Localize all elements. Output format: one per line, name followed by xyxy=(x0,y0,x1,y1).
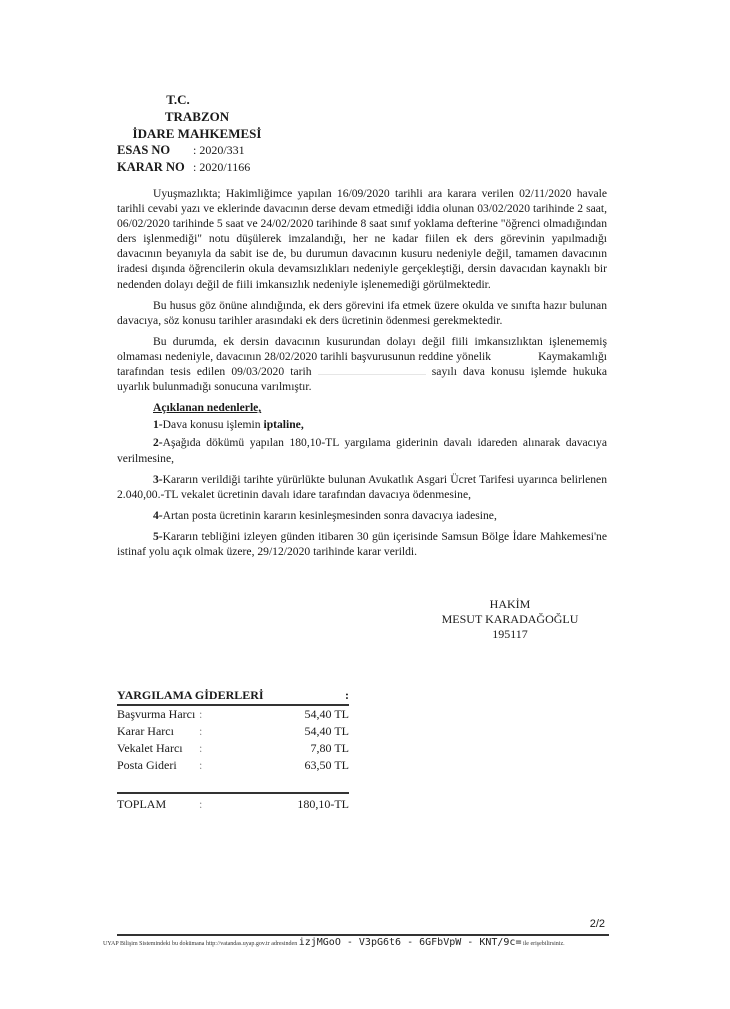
header-court: İDARE MAHKEMESİ xyxy=(97,126,297,142)
cost-row: Başvurma Harcı:54,40 TL xyxy=(117,706,349,723)
verification-code: izjMGoO - V3pG6t6 - 6GFbVpW - KNT/9c= xyxy=(299,937,522,948)
redacted-number xyxy=(318,364,426,375)
signature-name: MESUT KARADAĞOĞLU xyxy=(410,612,610,627)
karar-value: : 2020/1166 xyxy=(193,160,250,174)
cost-row: Vekalet Harcı:7,80 TL xyxy=(117,740,349,757)
decision-body: Uyuşmazlıkta; Hakimliğimce yapılan 16/09… xyxy=(117,186,607,565)
esas-value: : 2020/331 xyxy=(193,143,245,157)
karar-no: KARAR NO: 2020/1166 xyxy=(117,160,250,175)
costs-title: YARGILAMA GİDERLERİ: xyxy=(117,688,349,706)
signature-id: 195117 xyxy=(410,627,610,642)
ruling-item-1: 1-Dava konusu işlemin iptaline, xyxy=(117,417,607,432)
ruling-item-3: 3-Kararın verildiği tarihte yürürlükte b… xyxy=(117,472,607,502)
ruling-item-2: 2-Aşağıda dökümü yapılan 180,10-TL yargı… xyxy=(117,435,607,465)
signature-block: HAKİM MESUT KARADAĞOĞLU 195117 xyxy=(410,597,610,642)
page-number: 2/2 xyxy=(545,918,605,930)
paragraph-1: Uyuşmazlıkta; Hakimliğimce yapılan 16/09… xyxy=(117,186,607,292)
header-city: TRABZON xyxy=(97,109,297,125)
cost-total-row: TOPLAM:180,10-TL xyxy=(117,792,349,813)
cost-row: Karar Harcı:54,40 TL xyxy=(117,723,349,740)
signature-title: HAKİM xyxy=(410,597,610,612)
reasons-heading: Açıklanan nedenlerle, xyxy=(117,400,607,415)
paragraph-3: Bu durumda, ek dersin davacının kusurund… xyxy=(117,334,607,394)
esas-label: ESAS NO xyxy=(117,143,193,158)
header-country: T.C. xyxy=(78,92,278,108)
cost-row: Posta Gideri:63,50 TL xyxy=(117,757,349,774)
ruling-item-4: 4-Artan posta ücretinin kararın kesinleş… xyxy=(117,508,607,523)
footer-divider xyxy=(117,934,609,936)
ruling-item-5: 5-Kararın tebliğini izleyen günden itiba… xyxy=(117,529,607,559)
footer-verification: UYAP Bilişim Sistemindeki bu dokümana ht… xyxy=(103,937,623,948)
esas-no: ESAS NO: 2020/331 xyxy=(117,143,245,158)
karar-label: KARAR NO xyxy=(117,160,193,175)
document-page: T.C. TRABZON İDARE MAHKEMESİ ESAS NO: 20… xyxy=(0,0,730,1009)
costs-table: YARGILAMA GİDERLERİ: Başvurma Harcı:54,4… xyxy=(117,688,349,813)
paragraph-2: Bu husus göz önüne alındığında, ek ders … xyxy=(117,298,607,328)
